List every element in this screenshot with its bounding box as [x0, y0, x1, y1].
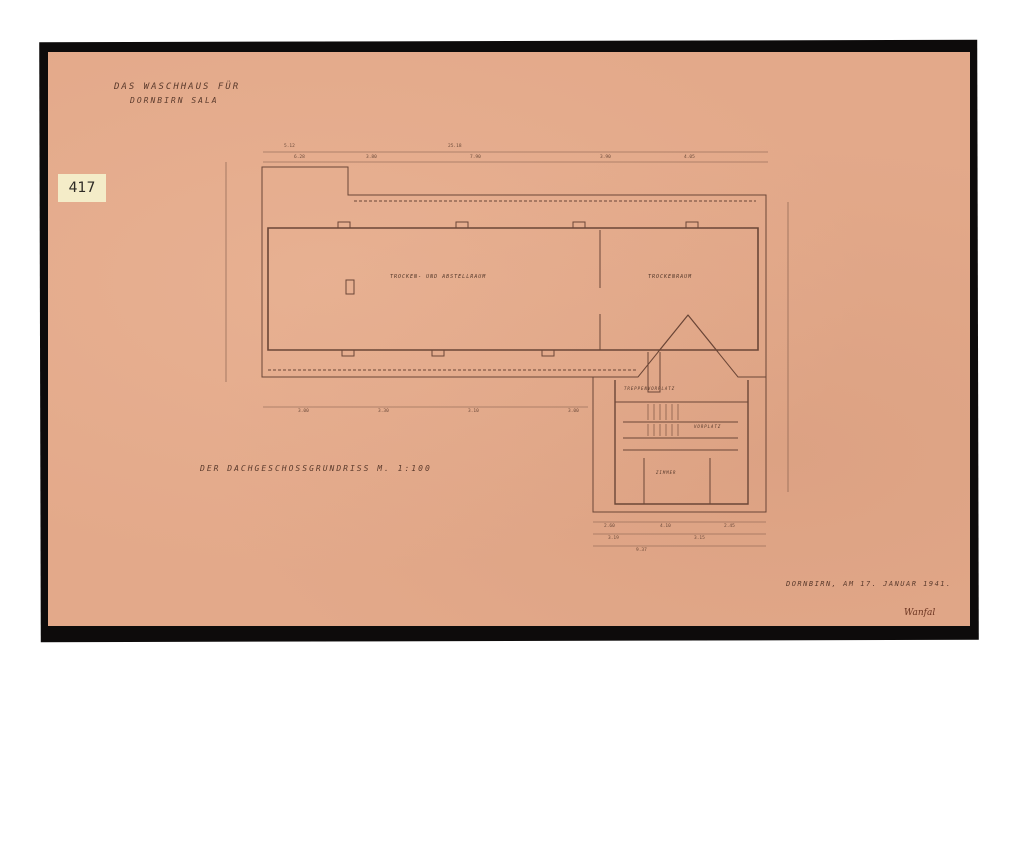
dimension-top-2: 3.80	[366, 155, 377, 160]
signature: Wanfal	[904, 608, 935, 618]
drawing-sheet: DAS WASCHHAUS FÜR DORNBIRN SALA 417	[48, 52, 970, 626]
plan-title: DER DACHGESCHOSSGRUNDRISS M. 1:100	[200, 464, 432, 473]
dimension-overall: 25.18	[448, 144, 462, 149]
room-label-stair-landing: TREPPENVORPLATZ	[624, 386, 675, 391]
dimension-bottom-3: 3.10	[468, 409, 479, 414]
dimension-bottom-2: 3.30	[378, 409, 389, 414]
room-label-drying: TROCKENRAUM	[648, 274, 692, 280]
room-label-drying-storage: TROCKEN- UND ABSTELLRAUM	[390, 274, 486, 280]
room-label-room: ZIMMER	[656, 470, 676, 475]
place-and-date: DORNBIRN, AM 17. JANUAR 1941.	[786, 580, 952, 588]
dimension-annex-1: 2.60	[604, 524, 615, 529]
dimension-annex-4: 3.19	[608, 536, 619, 541]
dimension-annex-5: 3.15	[694, 536, 705, 541]
dimension-top-1: 6.28	[294, 155, 305, 160]
dimension-bottom-1: 3.00	[298, 409, 309, 414]
dimension-top-a: 5.12	[284, 144, 295, 149]
room-label-vestibule: VORPLATZ	[694, 424, 721, 429]
dimension-top-3: 7.90	[470, 155, 481, 160]
floor-plan	[48, 52, 970, 626]
dimension-top-5: 4.05	[684, 155, 695, 160]
dimension-annex-2: 4.10	[660, 524, 671, 529]
dimension-annex-6: 9.37	[636, 548, 647, 553]
dimension-bottom-4: 3.00	[568, 409, 579, 414]
dimension-annex-3: 2.45	[724, 524, 735, 529]
dimension-top-4: 3.90	[600, 155, 611, 160]
